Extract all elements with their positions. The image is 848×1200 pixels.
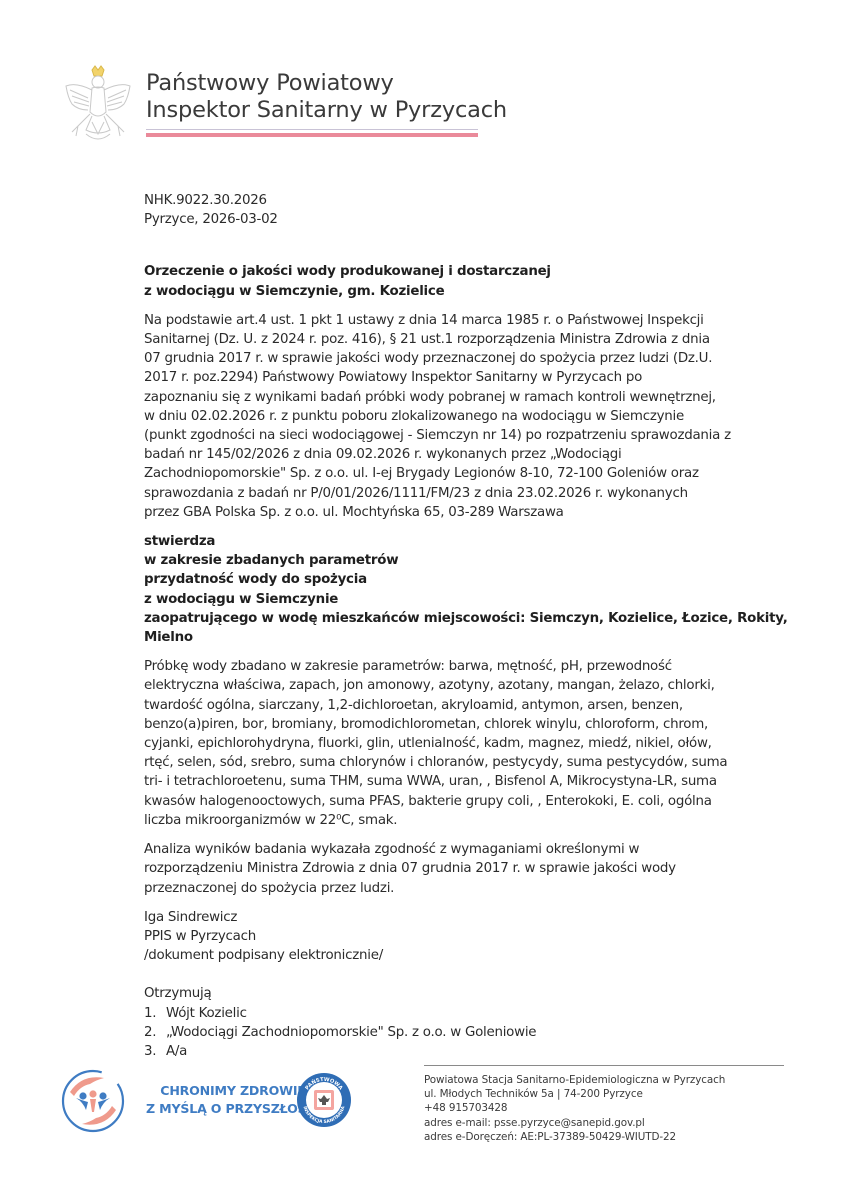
footer-address: Powiatowa Stacja Sanitarno-Epidemiologic… (424, 1073, 725, 1144)
recipient-item: 2.„Wodociągi Zachodniopomorskie" Sp. z o… (144, 1023, 744, 1042)
recipient-number: 2. (144, 1023, 166, 1042)
document-meta: NHK.9022.30.2026 Pyrzyce, 2026-03-02 (144, 191, 744, 229)
footer-logos: CHRONIMY ZDROWIE Z MYŚLĄ O PRZYSZŁOŚCI P… (60, 1064, 360, 1144)
text-line: sprawozdania z badań nr P/0/01/2026/1111… (144, 484, 744, 503)
finding-line: zaopatrującego w wodę mieszkańców miejsc… (144, 609, 744, 628)
inspekcja-sanitarna-badge-icon: PAŃSTWOWA INSPEKCJA SANITARNA (296, 1072, 352, 1128)
text-line: 2017 r. poz.2294) Państwowy Powiatowy In… (144, 368, 744, 387)
recipient-text: Wójt Kozielic (166, 1006, 247, 1021)
institution-name-line2: Inspektor Sanitarny w Pyrzycach (146, 97, 507, 124)
footer-address-line: ul. Młodych Techników 5a | 74-200 Pyrzyc… (424, 1087, 725, 1101)
polish-eagle-emblem-icon (62, 64, 134, 148)
conclusion-paragraph: Analiza wyników badania wykazała zgodnoś… (144, 840, 744, 898)
document-page: Państwowy Powiatowy Inspektor Sanitarny … (0, 0, 848, 1200)
text-line: twardość ogólna, siarczany, 1,2-dichloro… (144, 696, 744, 715)
finding-line: przydatność wody do spożycia (144, 570, 744, 589)
title-line: z wodociągu w Siemczynie, gm. Kozielice (144, 282, 744, 301)
letterhead: Państwowy Powiatowy Inspektor Sanitarny … (58, 62, 498, 152)
text-line: Próbkę wody zbadano w zakresie parametró… (144, 657, 744, 676)
parameters-paragraph: Próbkę wody zbadano w zakresie parametró… (144, 657, 744, 830)
reference-number: NHK.9022.30.2026 (144, 191, 744, 210)
text-line: przez GBA Polska Sp. z o.o. ul. Mochtyńs… (144, 503, 744, 522)
text-line: Na podstawie art.4 ust. 1 pkt 1 ustawy z… (144, 311, 744, 330)
text-line: rtęć, selen, sód, srebro, suma chlorynów… (144, 753, 744, 772)
recipient-text: „Wodociągi Zachodniopomorskie" Sp. z o.o… (166, 1025, 536, 1040)
text-line: benzo(a)piren, bor, bromiany, bromodichl… (144, 715, 744, 734)
finding-line: z wodociągu w Siemczynie (144, 590, 744, 609)
signature-block: Iga Sindrewicz PPIS w Pyrzycach /dokumen… (144, 908, 744, 966)
recipient-item: 1.Wójt Kozielic (144, 1004, 744, 1023)
title-line: Orzeczenie o jakości wody produkowanej i… (144, 262, 744, 281)
signatory-name: Iga Sindrewicz (144, 908, 744, 927)
text-line: Analiza wyników badania wykazała zgodnoś… (144, 840, 744, 859)
recipient-number: 3. (144, 1042, 166, 1061)
finding-statement: stwierdza w zakresie zbadanych parametró… (144, 532, 744, 647)
text-line: tri- i tetrachloroetenu, suma THM, suma … (144, 772, 744, 791)
recipient-number: 1. (144, 1004, 166, 1023)
finding-line: stwierdza (144, 532, 744, 551)
legal-basis-paragraph: Na podstawie art.4 ust. 1 pkt 1 ustawy z… (144, 311, 744, 522)
text-line: w dniu 02.02.2026 r. z punktu poboru zlo… (144, 407, 744, 426)
text-line: elektryczna właściwa, zapach, jon amonow… (144, 676, 744, 695)
text-line: kwasów halogenooctowych, suma PFAS, bakt… (144, 792, 744, 811)
footer-email: adres e-mail: psse.pyrzyce@sanepid.gov.p… (424, 1116, 725, 1130)
text-line: rozporządzeniu Ministra Zdrowia z dnia 0… (144, 859, 744, 878)
finding-line: Mielno (144, 628, 744, 647)
slogan-line1: CHRONIMY ZDROWIE (146, 1082, 320, 1100)
institution-name-line1: Państwowy Powiatowy (146, 70, 507, 97)
text-line: zapoznaniu się z wynikami badań próbki w… (144, 388, 744, 407)
hands-family-logo-icon (60, 1068, 126, 1134)
text-line: badań nr 145/02/2026 z dnia 09.02.2026 r… (144, 445, 744, 464)
document-title: Orzeczenie o jakości wody produkowanej i… (144, 262, 744, 300)
footer-divider (424, 1065, 784, 1066)
slogan-line2: Z MYŚLĄ O PRZYSZŁOŚCI (146, 1100, 320, 1118)
signature-note: /dokument podpisany elektronicznie/ (144, 946, 744, 965)
finding-line: w zakresie zbadanych parametrów (144, 551, 744, 570)
recipient-text: A/a (166, 1044, 187, 1059)
text-line: Sanitarnej (Dz. U. z 2024 r. poz. 416), … (144, 330, 744, 349)
text-line: przeznaczonej do spożycia przez ludzi. (144, 879, 744, 898)
place-date: Pyrzyce, 2026-03-02 (144, 210, 744, 229)
recipients-list: Otrzymują 1.Wójt Kozielic 2.„Wodociągi Z… (144, 984, 744, 1061)
document-body: NHK.9022.30.2026 Pyrzyce, 2026-03-02 Orz… (144, 191, 744, 1061)
text-line: Zachodniopomorskie" Sp. z o.o. ul. I-ej … (144, 464, 744, 483)
text-line: liczba mikroorganizmów w 22⁰C, smak. (144, 811, 744, 830)
slogan: CHRONIMY ZDROWIE Z MYŚLĄ O PRZYSZŁOŚCI (146, 1082, 320, 1118)
text-line: 07 grudnia 2017 r. w sprawie jakości wod… (144, 349, 744, 368)
text-line: cyjanki, epichlorohydryna, fluorki, glin… (144, 734, 744, 753)
signatory-position: PPIS w Pyrzycach (144, 927, 744, 946)
recipient-item: 3.A/a (144, 1042, 744, 1061)
header-divider-red (146, 133, 478, 137)
recipients-heading: Otrzymują (144, 984, 744, 1003)
footer-address-line: Powiatowa Stacja Sanitarno-Epidemiologic… (424, 1073, 725, 1087)
footer-phone: +48 915703428 (424, 1101, 725, 1115)
text-line: (punkt zgodności na sieci wodociągowej -… (144, 426, 744, 445)
header-divider-thin (146, 129, 478, 130)
institution-name: Państwowy Powiatowy Inspektor Sanitarny … (146, 70, 507, 124)
footer-edelivery-address: adres e-Doręczeń: AE:PL-37389-50429-WIUT… (424, 1130, 725, 1144)
